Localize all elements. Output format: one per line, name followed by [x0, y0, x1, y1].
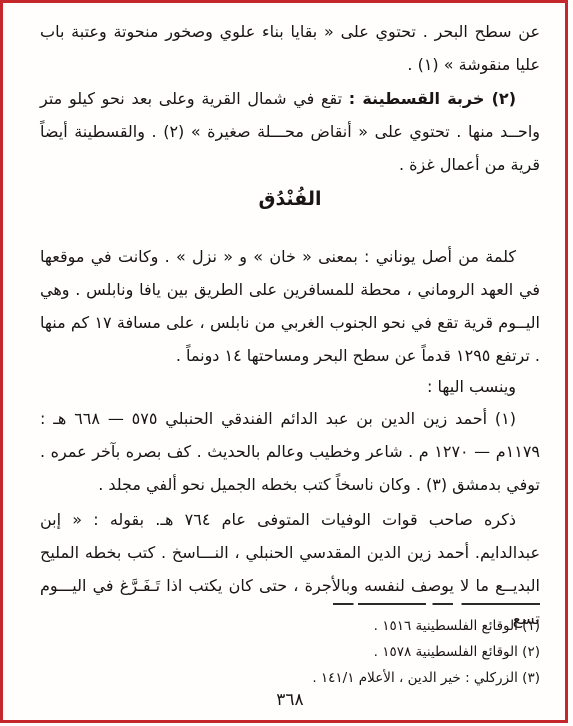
khirbet-qastina-bold-lead: (٢) خربة القسطينة : [349, 89, 516, 108]
paragraph-continuation: عن سطح البحر . تحتوي على « بقايا بناء عل… [40, 15, 540, 81]
footnote-3: (٣) الزركلي : خير الدين ، الأعلام ١٤١/١ … [40, 665, 540, 691]
footnotes-section: (١) الوقائع الفلسطينية ١٥١٦ . (٢) الوقائ… [40, 613, 540, 691]
page-number: ٣٦٨ [40, 690, 540, 710]
paragraph-word-origin: كلمة من أصل يوناني : بمعنى « خان » و « ن… [40, 240, 540, 372]
book-page: عن سطح البحر . تحتوي على « بقايا بناء عل… [0, 0, 573, 726]
paragraph-khirbet-qastina: (٢) خربة القسطينة : تقع في شمال القرية و… [40, 82, 540, 181]
footnote-2: (٢) الوقائع الفلسطينية ١٥٧٨ . [40, 639, 540, 665]
paragraph-ahmad-biography: (١) أحمد زين الدين بن عبد الدائم الفندقي… [40, 402, 540, 501]
footnote-1: (١) الوقائع الفلسطينية ١٥١٦ . [40, 613, 540, 639]
attribution-intro-line: وينسب اليها : [40, 370, 540, 403]
chapter-title-alfunduq: الفُنْدُق [40, 188, 540, 210]
footnote-separator-line [333, 603, 540, 605]
